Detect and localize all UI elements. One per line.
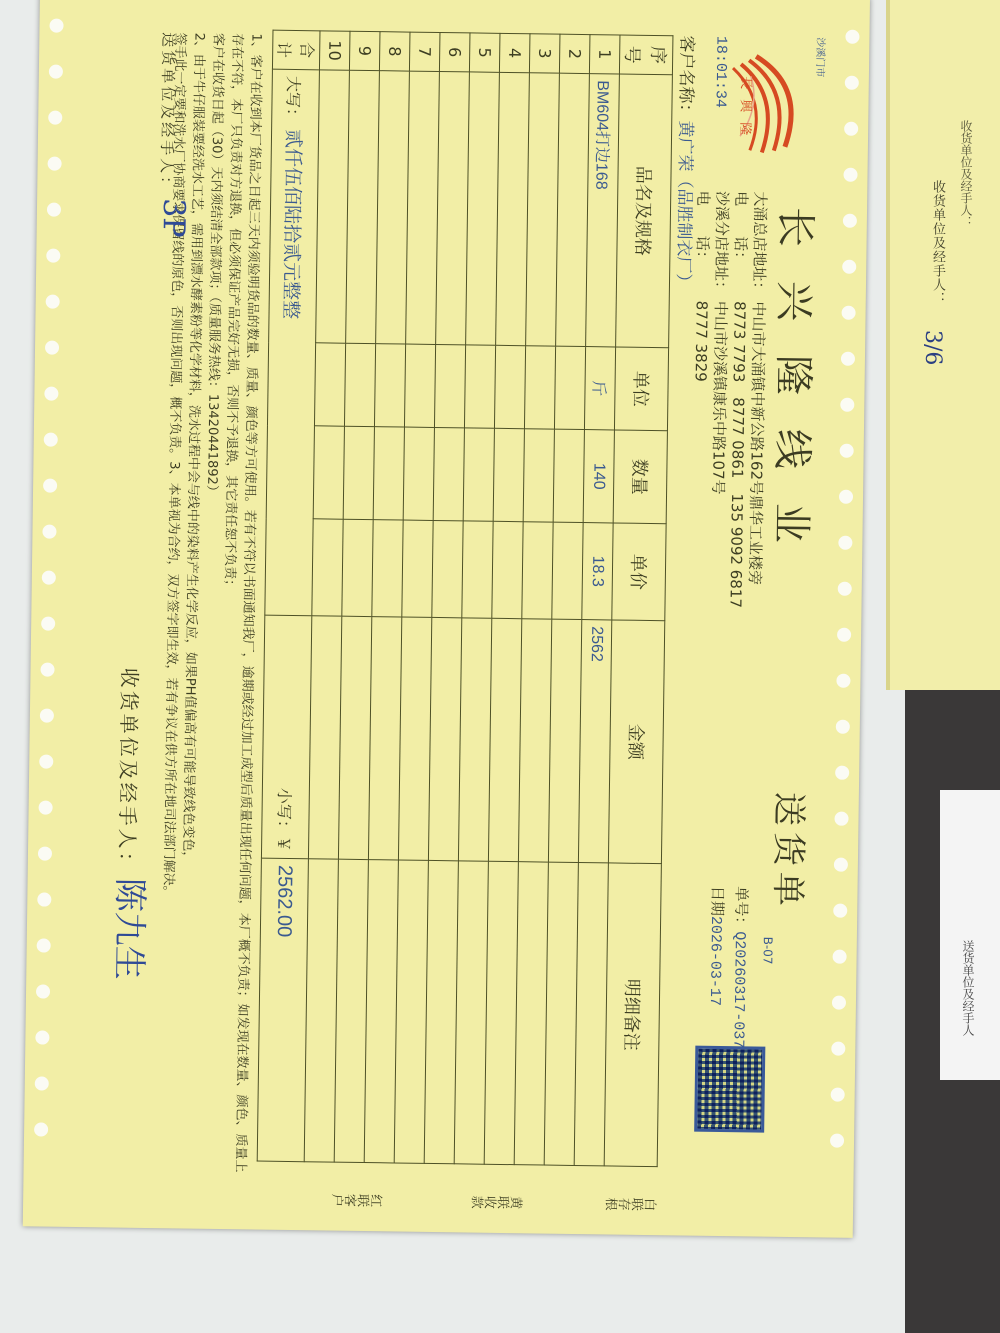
delivery-note-rotated: 沙溪门市 長興隆 18:01:34 长兴隆线业 送货单 大涌总店地址：中山市大涌…	[23, 0, 870, 1238]
print-time: 18:01:34	[711, 36, 729, 108]
background-receipt-stack: 收货单位及经手人： 收货单位及经手人： 3/6	[886, 0, 1000, 690]
stack-receiver-label-2: 收货单位及经手人：	[958, 120, 975, 228]
background-white-slip: 送货单位及经手人	[940, 790, 1000, 1080]
sender-signature: 3P	[156, 198, 192, 238]
delivery-note: 沙溪门市 長興隆 18:01:34 长兴隆线业 送货单 大涌总店地址：中山市大涌…	[23, 0, 870, 1238]
copy-label-red: 红联客户	[331, 1191, 383, 1207]
copy-label-yellow: 黄联收款	[471, 1193, 523, 1209]
logo-subtitle: 沙溪门市	[814, 37, 830, 77]
total-small-label: 小写：￥	[261, 615, 311, 859]
order-date: 2026-03-17	[706, 916, 724, 1006]
customer-name: 黄广荣（品胜制衣厂）	[673, 120, 695, 290]
stack-receiver-label: 收货单位及经手人：	[928, 180, 947, 306]
total-label: 合计	[272, 30, 320, 70]
total-capital-value: 贰仟伍佰陆拾贰元整整	[280, 129, 305, 319]
sender-signature-label: 送货单位及经手人：	[156, 32, 179, 194]
receiver-signature-label: 收货单位及经手人：	[114, 668, 146, 875]
document-type-title: 送货单	[766, 792, 817, 913]
logo-brand-text: 長興隆	[737, 76, 757, 145]
company-title: 长兴隆线业	[765, 207, 827, 578]
copy-label-white: 白联存根	[605, 1194, 657, 1210]
total-capital: 大写： 贰仟伍佰陆拾贰元整整	[265, 69, 320, 616]
total-small-value: 2562.00	[257, 858, 308, 1162]
white-slip-label: 送货单位及经手人	[960, 940, 977, 1036]
items-table: 序号 品名及规格 单位 数量 单价 金额 明细备注 1 BM604打边168 斤…	[257, 30, 674, 1167]
customer-line: 客户名称：黄广荣（品胜制衣厂）	[673, 35, 702, 290]
form-code: B-07	[760, 937, 774, 965]
stack-signature: 3/6	[920, 330, 945, 365]
order-meta: 单号：Q20260317-03719 日期2026-03-17	[702, 886, 753, 1067]
receiver-signature: 陈九生	[107, 877, 157, 980]
qr-code-icon	[694, 1046, 765, 1133]
